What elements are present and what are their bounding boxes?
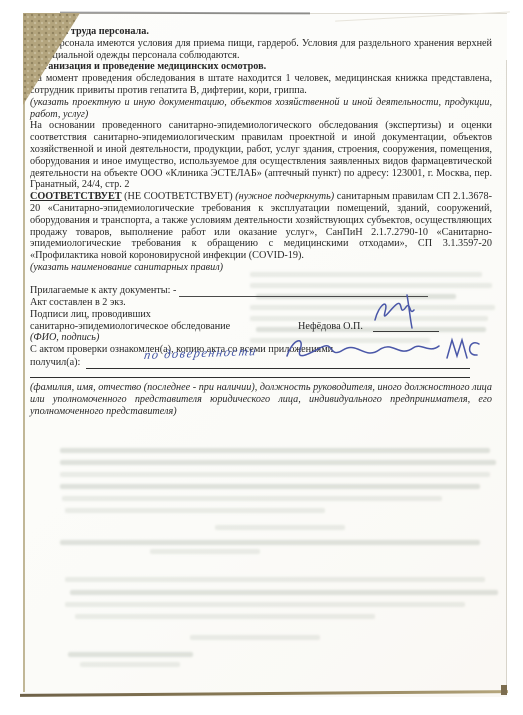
bleed-through-line: [60, 472, 490, 477]
signers-intro-line1: Подписи лиц, проводивших: [30, 309, 492, 321]
bleed-through-line: [70, 590, 498, 595]
bleed-through-line: [190, 635, 320, 640]
compliance-underline-note: (нужное подчеркнуть): [235, 191, 334, 202]
document-body: Условия труда персонала. Для персонала и…: [30, 26, 492, 417]
paper-bottom-corner: [501, 685, 507, 695]
footnote-signer-identity: (фамилия, имя, отчество (последнее - при…: [30, 382, 492, 417]
section-heading-medical-exams: Организация и проведение медицинских осм…: [30, 61, 492, 73]
received-row: получил(а): по доверенности: [30, 356, 492, 369]
acknowledgement-line: С актом проверки ознакомлен(а), копию ак…: [30, 344, 492, 356]
bleed-through-line: [65, 508, 325, 513]
handwritten-note: по доверенности: [144, 346, 259, 362]
paragraph-medical-exams: На момент проведения обследования в штат…: [30, 73, 492, 97]
inspector-name: Нефёдова О.П.: [298, 321, 363, 333]
compliance-result: СООТВЕТСТВУЕТ: [30, 191, 122, 202]
bleed-through-line: [60, 540, 480, 545]
note-sanitary-rules: (указать наименование санитарных правил): [30, 262, 492, 274]
bleed-through-line: [62, 496, 442, 501]
note-project-docs: (указать проектную и иную документацию, …: [30, 97, 492, 121]
fio-signature-caption: (ФИО, подпись): [30, 332, 492, 344]
signers-intro-line2: санитарно-эпидемиологическое обследовани…: [30, 321, 298, 333]
section-heading-work-conditions: Условия труда персонала.: [30, 26, 492, 38]
bleed-through-line: [150, 549, 260, 554]
bleed-through-line: [65, 577, 485, 582]
attachments-blank-line: [179, 285, 428, 297]
inspector-signature-row: санитарно-эпидемиологическое обследовани…: [30, 320, 492, 332]
bleed-through-line: [65, 602, 465, 607]
bleed-through-line: [60, 448, 490, 453]
paper-right-edge: [506, 60, 507, 690]
scanned-document-page: Условия труда персонала. Для персонала и…: [0, 0, 523, 715]
bleed-through-line: [60, 460, 496, 465]
paper-left-edge: [23, 90, 25, 692]
bleed-through-line: [68, 652, 193, 657]
paragraph-compliance: СООТВЕТСТВУЕТ (НЕ СООТВЕТСТВУЕТ) (нужное…: [30, 191, 492, 262]
bleed-through-line: [75, 614, 375, 619]
attachments-label: Прилагаемые к акту документы: -: [30, 285, 176, 297]
compliance-alternative: (НЕ СООТВЕТСТВУЕТ): [122, 191, 236, 202]
received-label: получил(а):: [30, 357, 80, 369]
attachments-row: Прилагаемые к акту документы: -: [30, 285, 492, 297]
bleed-through-line: [80, 662, 180, 667]
inspector-signature-line: [373, 320, 439, 332]
footnote-separator-rule: [30, 369, 470, 378]
received-signature-line: по доверенности: [86, 356, 470, 369]
copies-count-line: Акт составлен в 2 экз.: [30, 297, 492, 309]
paragraph-personnel-conditions: Для персонала имеются условия для приема…: [30, 38, 492, 62]
bleed-through-line: [215, 525, 345, 530]
paragraph-inspection-basis: На основании проведенного санитарно-эпид…: [30, 120, 492, 191]
bleed-through-line: [60, 484, 480, 489]
